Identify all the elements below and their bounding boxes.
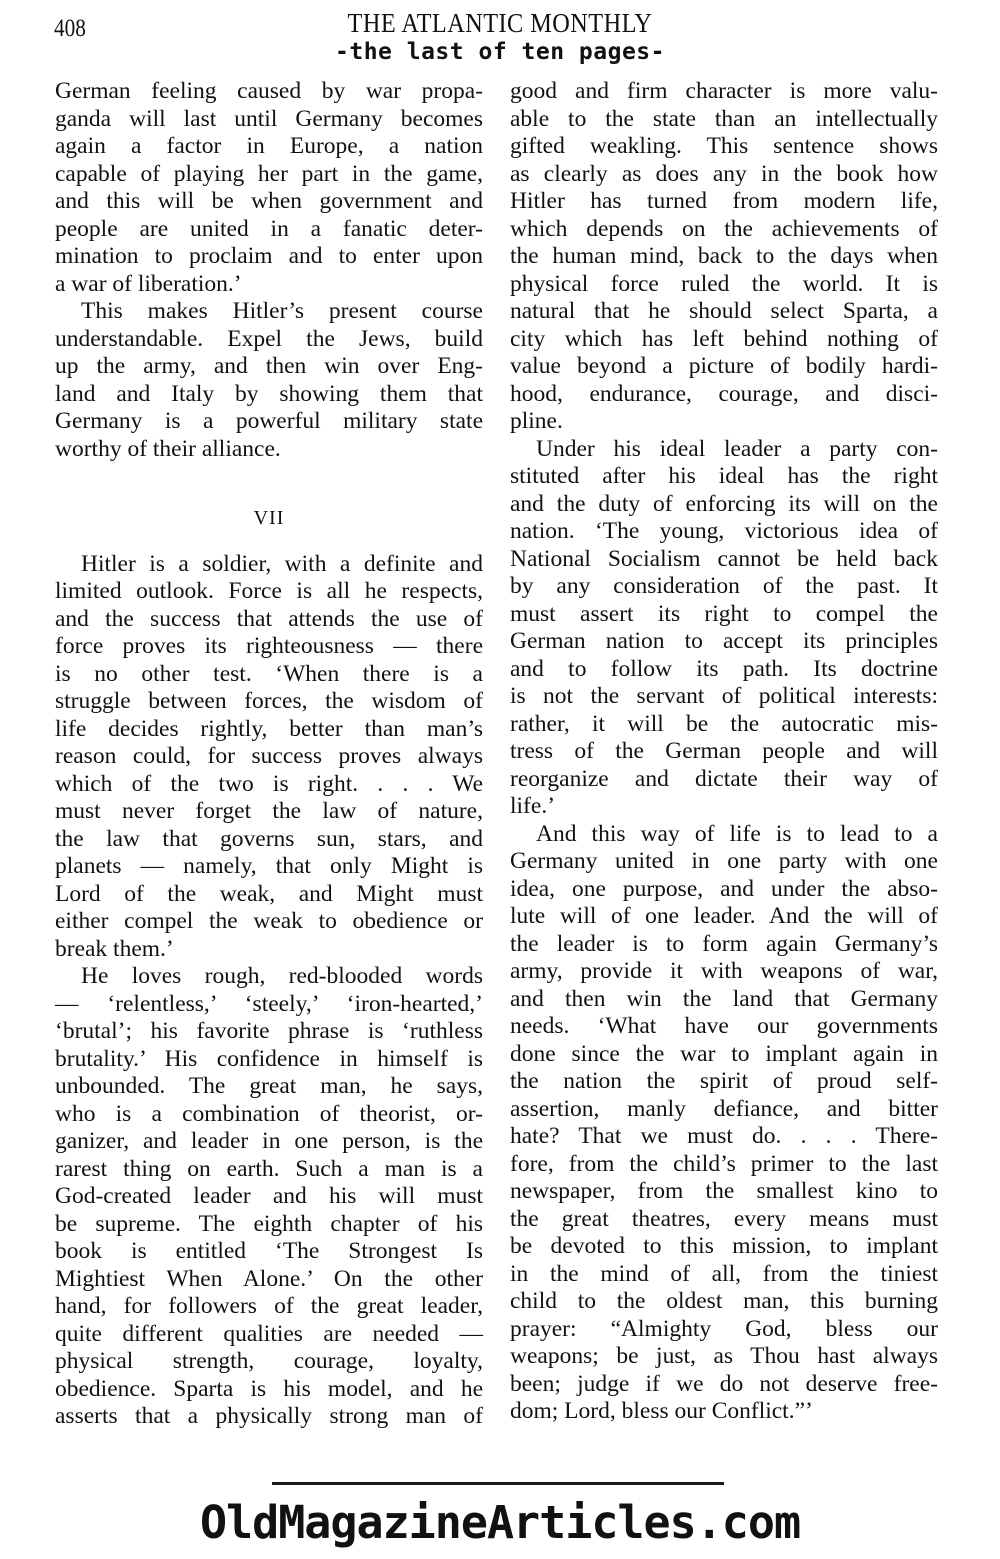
text-line-content: hood, endurance, courage, and disci- [510,381,938,409]
end-of-article-rule [272,1482,724,1485]
text-line: This makes Hitler’s present course [55,298,483,326]
text-line: nation. ‘The young, victorious idea of [510,518,938,546]
text-line-content: capable of playing her part in the game, [55,161,483,189]
text-line-content: ‘brutal’; his favorite phrase is ‘ruthle… [55,1018,483,1046]
publication-title: THE ATLANTIC MONTHLY [50,8,950,38]
text-line: a war of liberation.’ [55,271,483,299]
text-line-content: land and Italy by showing them that [55,381,483,409]
text-line: and the duty of enforcing its will on th… [510,491,938,519]
text-line-content: fore, from the child’s primer to the las… [510,1151,938,1179]
text-line-content: — ‘relentless,’ ‘steely,’ ‘iron-hearted,… [55,991,483,1019]
text-line-content: people are united in a fanatic deter- [55,216,483,244]
text-line-content: hate? That we must do. . . . There- [510,1123,938,1151]
text-line: break them.’ [55,936,483,964]
text-line: be devoted to this mission, to implant [510,1233,938,1261]
text-line-content: assertion, manly defiance, and bitter [510,1096,938,1124]
left-column: German feeling caused by war propa-ganda… [55,78,483,1431]
right-text-block: good and firm character is more valu-abl… [510,78,938,1426]
text-line: Hitler is a soldier, with a definite and [55,551,483,579]
text-line-content: National Socialism cannot be held back [510,546,938,574]
text-line-content: reason could, for success proves always [55,743,483,771]
text-line-content: Lord of the weak, and Might must [55,881,483,909]
text-line-content: worthy of their alliance. [55,436,483,464]
text-line: done since the war to implant again in [510,1041,938,1069]
text-line-content: struggle between forces, the wisdom of [55,688,483,716]
text-line: is no other test. ‘When there is a [55,661,483,689]
text-line: people are united in a fanatic deter- [55,216,483,244]
text-line: German nation to accept its principles [510,628,938,656]
text-line-content: good and firm character is more valu- [510,78,938,106]
text-line-content: must assert its right to compel the [510,601,938,629]
text-line-content: is no other test. ‘When there is a [55,661,483,689]
text-line-content: able to the state than an intellectually [510,106,938,134]
text-line-content: book is entitled ‘The Strongest Is [55,1238,483,1266]
text-line-content: understandable. Expel the Jews, build [55,326,483,354]
text-line-content: asserts that a physically strong man of [55,1403,483,1431]
text-line-content: again a factor in Europe, a nation [55,133,483,161]
text-line: good and firm character is more valu- [510,78,938,106]
text-line-content: Germany united in one party with one [510,848,938,876]
text-line: physical force ruled the world. It is [510,271,938,299]
text-line-content: the nation the spirit of proud self- [510,1068,938,1096]
text-line-content: obedience. Sparta is his model, and he [55,1376,483,1404]
text-line-content: army, provide it with weapons of war, [510,958,938,986]
text-line-content: needs. ‘What have our governments [510,1013,938,1041]
text-line: German feeling caused by war propa- [55,78,483,106]
text-line: unbounded. The great man, he says, [55,1073,483,1101]
text-line-content: and the duty of enforcing its will on th… [510,491,938,519]
text-line: the leader is to form again Germany’s [510,931,938,959]
text-line: natural that he should select Sparta, a [510,298,938,326]
text-line-content: nation. ‘The young, victorious idea of [510,518,938,546]
text-line: weapons; be just, as Thou hast always [510,1343,938,1371]
text-line-content: gifted weakling. This sentence shows [510,133,938,161]
text-line: God-created leader and his will must [55,1183,483,1211]
text-line-content: Hitler is a soldier, with a definite and [81,551,483,579]
text-line-content: This makes Hitler’s present course [81,298,483,326]
text-line: the nation the spirit of proud self- [510,1068,938,1096]
text-line: force proves its righteousness — there [55,633,483,661]
text-line: been; judge if we do not deserve free- [510,1371,938,1399]
text-line: prayer: “Almighty God, bless our [510,1316,938,1344]
text-line-content: either compel the weak to obedience or [55,908,483,936]
text-line: who is a combination of theorist, or- [55,1101,483,1129]
text-line-content: life.’ [510,793,938,821]
text-line-content: And this way of life is to lead to a [536,821,938,849]
text-line-content: the great theatres, every means must [510,1206,938,1234]
masthead: THE ATLANTIC MONTHLY -the last of ten pa… [0,8,1000,66]
text-line: National Socialism cannot be held back [510,546,938,574]
text-line-content: a war of liberation.’ [55,271,483,299]
text-line: hate? That we must do. . . . There- [510,1123,938,1151]
text-line-content: city which has left behind nothing of [510,326,938,354]
text-line-content: He loves rough, red-blooded words [81,963,483,991]
text-line-content: and to follow its path. Its doctrine [510,656,938,684]
text-line: and this will be when government and [55,188,483,216]
text-line: stituted after his ideal has the right [510,463,938,491]
text-line-content: God-created leader and his will must [55,1183,483,1211]
text-line: needs. ‘What have our governments [510,1013,938,1041]
text-line: in the mind of all, from the tiniest [510,1261,938,1289]
text-line-content: Under his ideal leader a party con- [536,436,938,464]
text-line: reason could, for success proves always [55,743,483,771]
text-line: child to the oldest man, this burning [510,1288,938,1316]
text-line-content: quite different qualities are needed — [55,1321,483,1349]
text-line: book is entitled ‘The Strongest Is [55,1238,483,1266]
text-line-content: Mightiest When Alone.’ On the other [55,1266,483,1294]
text-line-content: ganizer, and leader in one person, is th… [55,1128,483,1156]
text-line: fore, from the child’s primer to the las… [510,1151,938,1179]
text-line-content: child to the oldest man, this burning [510,1288,938,1316]
text-line: idea, one purpose, and under the abso- [510,876,938,904]
text-line-content: lute will of one leader. And the will of [510,903,938,931]
text-line-content: tress of the German people and will [510,738,938,766]
text-line-content: Hitler has turned from modern life, [510,188,938,216]
text-line-content: mination to proclaim and to enter upon [55,243,483,271]
site-watermark: OldMagazineArticles.com [0,1497,1000,1549]
text-line-content: German nation to accept its principles [510,628,938,656]
text-line-content: the human mind, back to the days when [510,243,938,271]
text-line-content: and this will be when government and [55,188,483,216]
text-line-content: be supreme. The eighth chapter of his [55,1211,483,1239]
text-line: rarest thing on earth. Such a man is a [55,1156,483,1184]
text-line-content: reorganize and dictate their way of [510,766,938,794]
page-subtitle: -the last of ten pages- [0,38,1000,66]
text-line: asserts that a physically strong man of [55,1403,483,1431]
text-line: Under his ideal leader a party con- [510,436,938,464]
text-line-content: idea, one purpose, and under the abso- [510,876,938,904]
text-line-content: limited outlook. Force is all he respect… [55,578,483,606]
text-line-content: brutality.’ His confidence in himself is [55,1046,483,1074]
text-line-content: planets — namely, that only Might is [55,853,483,881]
text-line: newspaper, from the smallest kino to [510,1178,938,1206]
text-line: And this way of life is to lead to a [510,821,938,849]
text-line-content: stituted after his ideal has the right [510,463,938,491]
text-line: must assert its right to compel the [510,601,938,629]
text-line-content: and the success that attends the use of [55,606,483,634]
text-line-content: up the army, and then win over Eng- [55,353,483,381]
text-line: assertion, manly defiance, and bitter [510,1096,938,1124]
text-line: army, provide it with weapons of war, [510,958,938,986]
text-line: life.’ [510,793,938,821]
text-line: ‘brutal’; his favorite phrase is ‘ruthle… [55,1018,483,1046]
text-line: reorganize and dictate their way of [510,766,938,794]
text-line-content: natural that he should select Sparta, a [510,298,938,326]
text-line: ganizer, and leader in one person, is th… [55,1128,483,1156]
text-line: and then win the land that Germany [510,986,938,1014]
text-line-content: done since the war to implant again in [510,1041,938,1069]
text-line: Hitler has turned from modern life, [510,188,938,216]
text-line-content: ganda will last until Germany becomes [55,106,483,134]
text-line: Lord of the weak, and Might must [55,881,483,909]
text-line-content: pline. [510,408,938,436]
text-line-content: by any consideration of the past. It [510,573,938,601]
text-line: pline. [510,408,938,436]
text-line-content: break them.’ [55,936,483,964]
text-line: again a factor in Europe, a nation [55,133,483,161]
text-line-content: must never forget the law of nature, [55,798,483,826]
text-line: rather, it will be the autocratic mis- [510,711,938,739]
text-line-content: prayer: “Almighty God, bless our [510,1316,938,1344]
text-line: — ‘relentless,’ ‘steely,’ ‘iron-hearted,… [55,991,483,1019]
text-line: hand, for followers of the great leader, [55,1293,483,1321]
text-line: quite different qualities are needed — [55,1321,483,1349]
text-line-content: as clearly as does any in the book how [510,161,938,189]
text-line-content: force proves its righteousness — there [55,633,483,661]
text-line-content: which depends on the achievements of [510,216,938,244]
section-heading: VII [55,505,483,533]
text-line-content: rather, it will be the autocratic mis- [510,711,938,739]
left-text-block-1: German feeling caused by war propa-ganda… [55,78,483,463]
text-line: be supreme. The eighth chapter of his [55,1211,483,1239]
text-line: brutality.’ His confidence in himself is [55,1046,483,1074]
right-column: good and firm character is more valu-abl… [510,78,938,1426]
text-line: hood, endurance, courage, and disci- [510,381,938,409]
text-line: the human mind, back to the days when [510,243,938,271]
text-line-content: which of the two is right. . . . We [55,771,483,799]
text-line-content: physical force ruled the world. It is [510,271,938,299]
text-line-content: newspaper, from the smallest kino to [510,1178,938,1206]
text-line-content: rarest thing on earth. Such a man is a [55,1156,483,1184]
text-line-content: is not the servant of political interest… [510,683,938,711]
text-line-content: dom; Lord, bless our Conflict.”’ [510,1398,938,1426]
text-line: land and Italy by showing them that [55,381,483,409]
text-line: Germany united in one party with one [510,848,938,876]
text-line: struggle between forces, the wisdom of [55,688,483,716]
text-line: as clearly as does any in the book how [510,161,938,189]
text-line: up the army, and then win over Eng- [55,353,483,381]
text-line-content: value beyond a picture of bodily hardi- [510,353,938,381]
text-line: and to follow its path. Its doctrine [510,656,938,684]
text-line: the law that governs sun, stars, and [55,826,483,854]
text-line: is not the servant of political interest… [510,683,938,711]
text-line: must never forget the law of nature, [55,798,483,826]
text-line: worthy of their alliance. [55,436,483,464]
text-line: value beyond a picture of bodily hardi- [510,353,938,381]
text-line: ganda will last until Germany becomes [55,106,483,134]
text-line: physical strength, courage, loyalty, [55,1348,483,1376]
text-line: city which has left behind nothing of [510,326,938,354]
text-line: obedience. Sparta is his model, and he [55,1376,483,1404]
text-line-content: weapons; be just, as Thou hast always [510,1343,938,1371]
text-line-content: in the mind of all, from the tiniest [510,1261,938,1289]
text-line: dom; Lord, bless our Conflict.”’ [510,1398,938,1426]
text-line: either compel the weak to obedience or [55,908,483,936]
text-line: capable of playing her part in the game, [55,161,483,189]
text-line-content: the law that governs sun, stars, and [55,826,483,854]
text-line: able to the state than an intellectually [510,106,938,134]
text-line: planets — namely, that only Might is [55,853,483,881]
text-line-content: hand, for followers of the great leader, [55,1293,483,1321]
left-text-block-2: Hitler is a soldier, with a definite and… [55,551,483,1431]
text-line: Germany is a powerful military state [55,408,483,436]
text-line: life decides rightly, better than man’s [55,716,483,744]
text-line-content: life decides rightly, better than man’s [55,716,483,744]
text-line: mination to proclaim and to enter upon [55,243,483,271]
text-line: the great theatres, every means must [510,1206,938,1234]
text-line: He loves rough, red-blooded words [55,963,483,991]
text-line-content: physical strength, courage, loyalty, [55,1348,483,1376]
text-line: by any consideration of the past. It [510,573,938,601]
text-line-content: who is a combination of theorist, or- [55,1101,483,1129]
text-line-content: German feeling caused by war propa- [55,78,483,106]
text-line: tress of the German people and will [510,738,938,766]
text-line: which depends on the achievements of [510,216,938,244]
text-line: understandable. Expel the Jews, build [55,326,483,354]
text-line: and the success that attends the use of [55,606,483,634]
text-line: Mightiest When Alone.’ On the other [55,1266,483,1294]
text-line-content: and then win the land that Germany [510,986,938,1014]
text-line-content: unbounded. The great man, he says, [55,1073,483,1101]
text-line-content: Germany is a powerful military state [55,408,483,436]
text-line: limited outlook. Force is all he respect… [55,578,483,606]
text-line-content: be devoted to this mission, to implant [510,1233,938,1261]
text-line: which of the two is right. . . . We [55,771,483,799]
text-line-content: the leader is to form again Germany’s [510,931,938,959]
text-line-content: been; judge if we do not deserve free- [510,1371,938,1399]
text-line: gifted weakling. This sentence shows [510,133,938,161]
text-line: lute will of one leader. And the will of [510,903,938,931]
